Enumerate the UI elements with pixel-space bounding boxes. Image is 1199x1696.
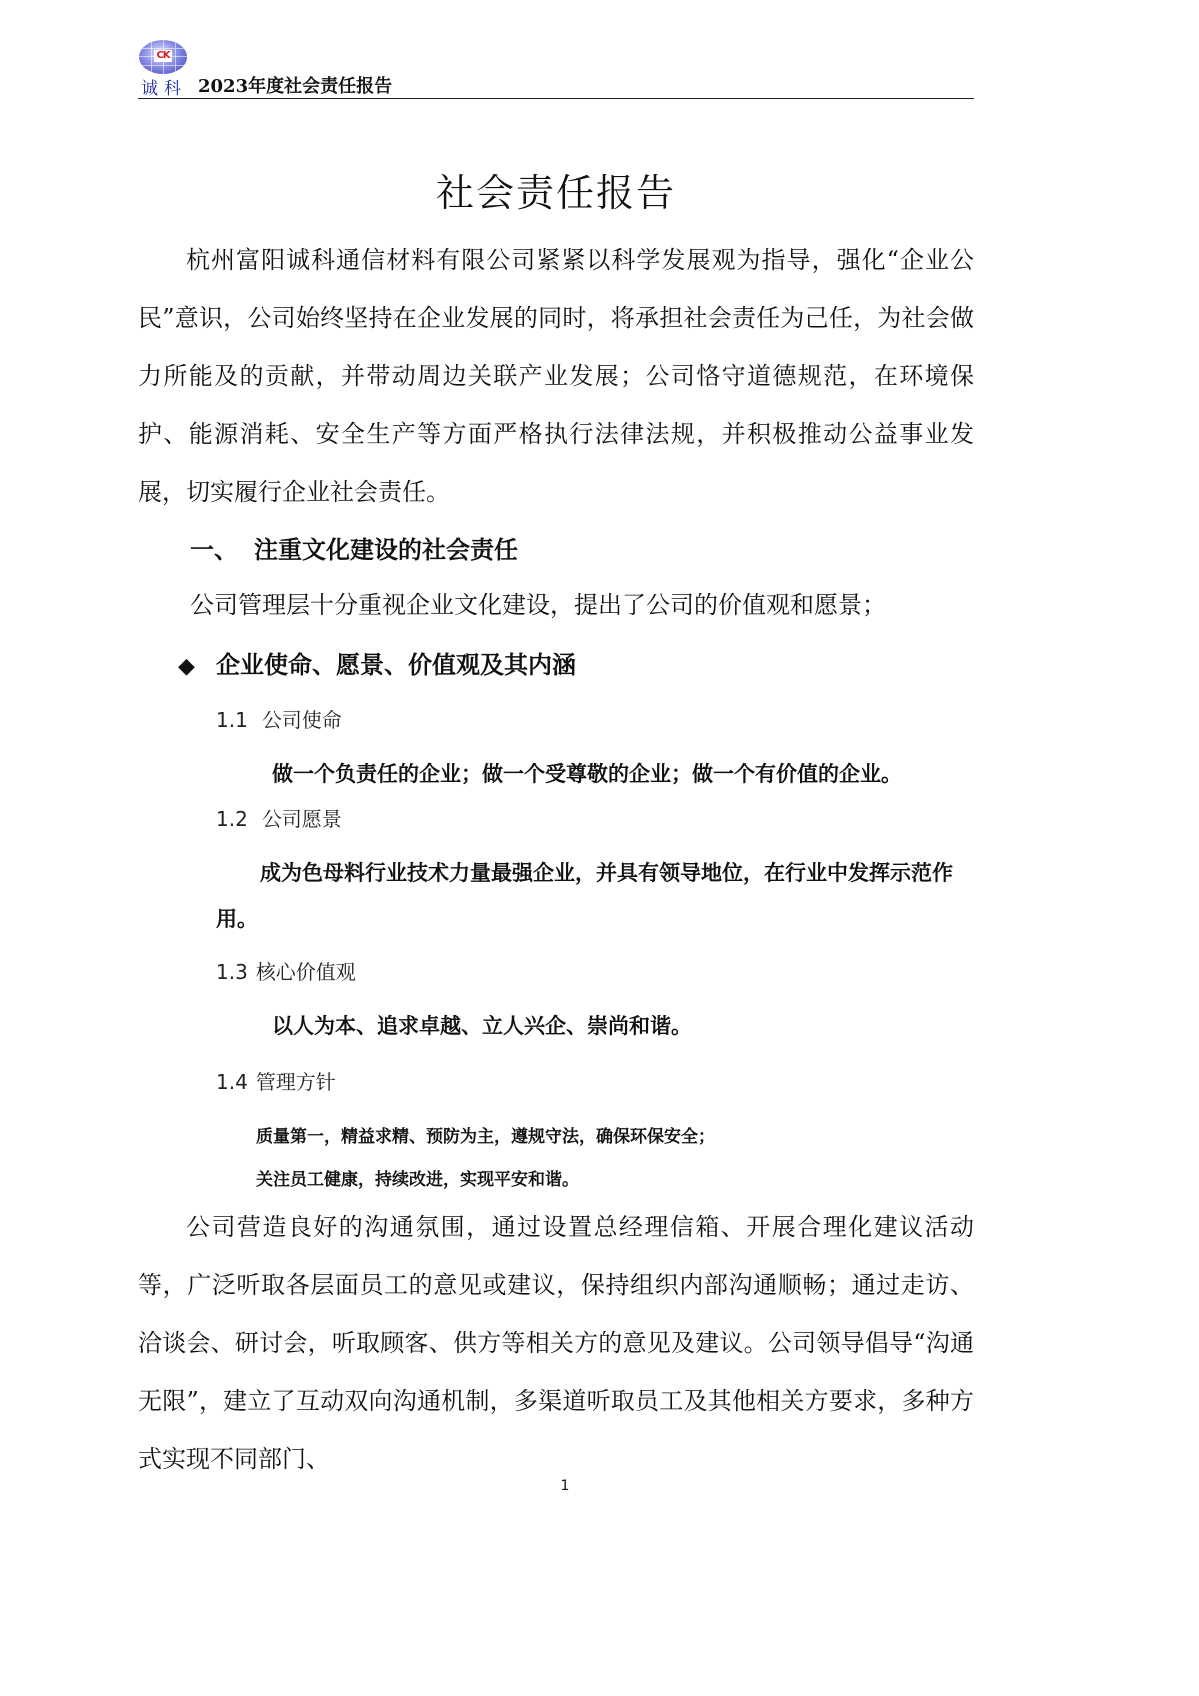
subsection-1-3: 1.3核心价值观	[216, 956, 356, 985]
diamond-bullet-icon: ◆	[178, 654, 216, 679]
header-divider	[138, 98, 974, 99]
core-values-statement: 以人为本、追求卓越、立人兴企、崇尚和谐。	[272, 1010, 692, 1040]
mission-statement: 做一个负责任的企业；做一个受尊敬的企业；做一个有价值的企业。	[272, 758, 902, 788]
subsection-1-1: 1.1公司使命	[216, 704, 342, 733]
section-heading: 一、注重文化建设的社会责任	[190, 530, 518, 565]
subsection-1-4: 1.4管理方针	[216, 1066, 336, 1095]
page-header: CK 诚科 2023年度社会责任报告	[138, 38, 974, 98]
section-title: 注重文化建设的社会责任	[254, 536, 518, 564]
logo-mark: CK	[154, 50, 172, 62]
subsection-number: 1.4	[216, 1070, 248, 1094]
vision-statement: 成为色母料行业技术力量最强企业，并具有领导地位，在行业中发挥示范作用。	[216, 850, 976, 942]
subsection-number: 1.3	[216, 960, 248, 984]
subsection-1-2: 1.2公司愿景	[216, 803, 342, 832]
globe-icon: CK	[139, 40, 187, 74]
header-title: 2023年度社会责任报告	[198, 72, 392, 98]
section-intro: 公司管理层十分重视企业文化建设，提出了公司的价值观和愿景；	[190, 585, 886, 625]
subsection-number: 1.2	[216, 807, 248, 831]
subsection-label: 核心价值观	[256, 960, 356, 984]
page-number: 1	[0, 1478, 1130, 1494]
subsection-label: 管理方针	[256, 1070, 336, 1094]
subsection-label: 公司愿景	[262, 807, 342, 831]
communication-paragraph: 公司营造良好的沟通氛围，通过设置总经理信箱、开展合理化建议活动等，广泛听取各层面…	[138, 1198, 974, 1488]
document-title: 社会责任报告	[0, 162, 1112, 217]
policy-line-1: 质量第一，精益求精、预防为主，遵规守法，确保环保安全；	[256, 1122, 715, 1147]
logo-text: 诚科	[141, 74, 187, 99]
subsection-number: 1.1	[216, 708, 248, 732]
bullet-heading: ◆企业使命、愿景、价值观及其内涵	[178, 645, 576, 680]
intro-paragraph: 杭州富阳诚科通信材料有限公司紧紧以科学发展观为指导，强化“企业公民”意识，公司始…	[138, 231, 974, 521]
policy-line-2: 关注员工健康，持续改进，实现平安和谐。	[256, 1165, 579, 1190]
subsection-label: 公司使命	[262, 708, 342, 732]
bullet-heading-text: 企业使命、愿景、价值观及其内涵	[216, 651, 576, 679]
company-logo: CK 诚科	[138, 38, 190, 96]
section-number: 一、	[190, 530, 254, 565]
